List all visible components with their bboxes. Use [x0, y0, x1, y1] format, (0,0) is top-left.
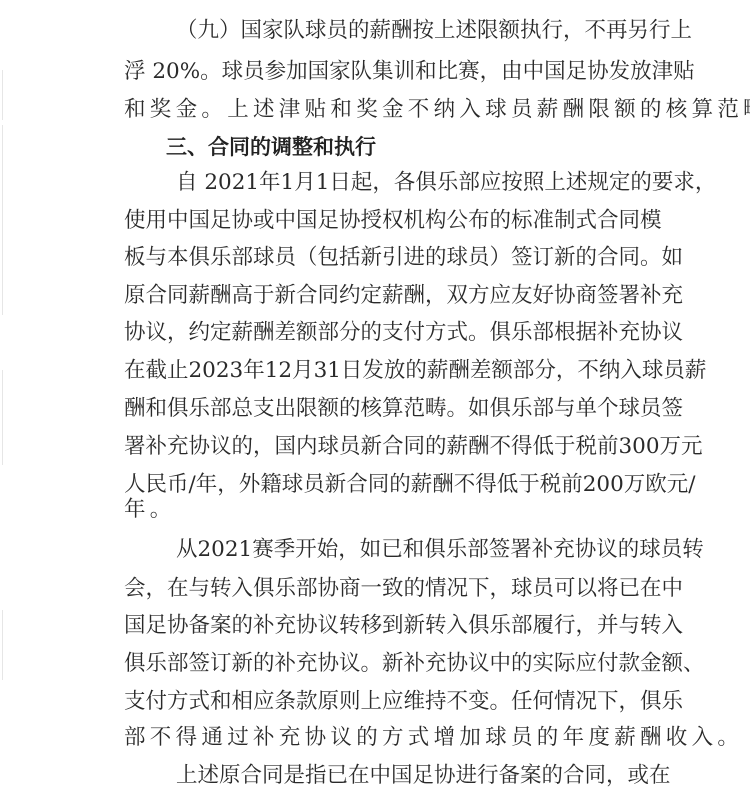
paragraph-9-line-3: 和奖金。上述津贴和奖金不纳入球员薪酬限额的核算范畴。 — [124, 95, 644, 125]
paragraph-b-line-4: 俱乐部签订新的补充协议。新补充协议中的实际应付款金额、 — [124, 649, 644, 679]
paragraph-a-line-2: 使用中国足协或中国足协授权机构公布的标准制式合同模 — [124, 206, 644, 236]
scan-edge-artifact — [2, 125, 3, 315]
paragraph-b-line-6: 部不得通过补充协议的方式增加球员的年度薪酬收入。 — [124, 723, 644, 753]
scan-edge-artifact — [2, 370, 3, 465]
paragraph-b-line-5: 支付方式和相应条款原则上应维持不变。任何情况下，俱乐 — [124, 687, 644, 717]
paragraph-9-line-2: 浮 20%。球员参加国家队集训和比赛，由中国足协发放津贴 — [124, 57, 644, 87]
paragraph-a-line-10: 年。 — [124, 495, 644, 525]
section-heading: 三、合同的调整和执行 — [166, 132, 466, 162]
scan-edge-artifact — [2, 70, 3, 120]
paragraph-b-line-2: 会，在与转入俱乐部协商一致的情况下，球员可以将已在中 — [124, 574, 644, 604]
paragraph-a-line-1: 自 2021年1月1日起，各俱乐部应按照上述规定的要求， — [176, 168, 644, 198]
document-page: （九）国家队球员的薪酬按上述限额执行，不再另行上 浮 20%。球员参加国家队集训… — [0, 0, 750, 788]
paragraph-9-line-1: （九）国家队球员的薪酬按上述限额执行，不再另行上 — [176, 16, 644, 46]
paragraph-a-line-4: 原合同薪酬高于新合同约定薪酬，双方应友好协商签署补充 — [124, 281, 644, 311]
paragraph-a-line-3: 板与本俱乐部球员（包括新引进的球员）签订新的合同。如 — [124, 243, 644, 273]
paragraph-b-line-3: 国足协备案的补充协议转移到新转入俱乐部履行，并与转入 — [124, 611, 644, 641]
scan-edge-artifact — [2, 610, 3, 680]
paragraph-b-line-1: 从2021赛季开始，如已和俱乐部签署补充协议的球员转 — [176, 535, 644, 565]
paragraph-a-line-6: 在截止2023年12月31日发放的薪酬差额部分，不纳入球员薪 — [124, 356, 644, 386]
paragraph-c-line-1: 上述原合同是指已在中国足协进行备案的合同，或在 — [176, 761, 644, 788]
paragraph-a-line-7: 酬和俱乐部总支出限额的核算范畴。如俱乐部与单个球员签 — [124, 394, 644, 424]
paragraph-a-line-5: 协议，约定薪酬差额部分的支付方式。俱乐部根据补充协议 — [124, 318, 644, 348]
paragraph-a-line-8: 署补充协议的，国内球员新合同的薪酬不得低于税前300万元 — [124, 432, 644, 462]
